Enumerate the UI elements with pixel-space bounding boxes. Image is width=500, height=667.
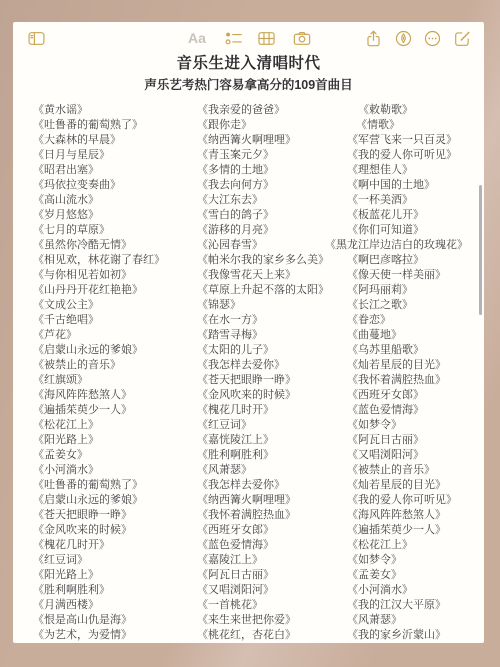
song-item: 《乌苏里船歌》 <box>347 343 468 358</box>
song-item: 《灿若星辰的目光》 <box>347 478 468 493</box>
notes-card: Aa <box>13 22 484 643</box>
song-item: 《阳光路上》 <box>33 568 165 583</box>
song-item: 《高山流水》 <box>33 193 165 208</box>
song-item: 《多情的土地》 <box>197 163 329 178</box>
song-item: 《理想佳人》 <box>347 163 468 178</box>
song-item: 《昭君出塞》 <box>33 163 165 178</box>
song-item: 《踏雪寻梅》 <box>197 328 329 343</box>
song-item: 《月满西楼》 <box>33 598 165 613</box>
song-item: 《小河淌水》 <box>33 463 165 478</box>
song-item: 《岁月悠悠》 <box>33 208 165 223</box>
song-item: 《玛依拉变奏曲》 <box>33 178 165 193</box>
song-item: 《小河淌水》 <box>347 583 468 598</box>
song-item: 《板蓝花儿开》 <box>347 208 468 223</box>
song-item: 《桃花红，杏花白》 <box>197 628 329 643</box>
song-item: 《我的家乡沂蒙山》 <box>347 628 468 643</box>
song-item: 《孟姜女》 <box>347 568 468 583</box>
song-item: 《眷恋》 <box>347 313 468 328</box>
song-item: 《沁园春雪》 <box>197 238 329 253</box>
song-item: 《如梦令》 <box>347 418 468 433</box>
song-item: 《曲蔓地》 <box>347 328 468 343</box>
song-item: 《吐鲁番的葡萄熟了》 <box>33 118 165 133</box>
song-item: 《西班牙女郎》 <box>197 523 329 538</box>
song-item: 《我的爱人你可听见》 <box>347 493 468 508</box>
song-item: 《恨是高山仇是海》 <box>33 613 165 628</box>
song-item: 《阿玛丽莉》 <box>347 283 468 298</box>
song-item: 《被禁止的音乐》 <box>347 463 468 478</box>
song-item: 《被禁止的音乐》 <box>33 358 165 373</box>
song-column-3: 《敕勒歌》《情歌》《军营飞来一只百灵》《我的爱人你可听见》《理想佳人》《啊中国的… <box>347 103 468 643</box>
song-item: 《金风吹来的时候》 <box>33 523 165 538</box>
song-item: 《千古绝唱》 <box>33 313 165 328</box>
song-item: 《我的江汉大平原》 <box>347 598 468 613</box>
song-item: 《啊巴彦喀拉》 <box>347 253 468 268</box>
song-item: 《灿若星辰的目光》 <box>347 358 468 373</box>
song-column-2: 《我亲爱的爸爸》《跟你走》《纳西篝火啊哩哩》《青玉案元夕》《多情的土地》《我去向… <box>197 103 329 643</box>
song-item: 《蓝色爱情海》 <box>197 538 329 553</box>
song-item: 《风萧瑟》 <box>197 463 329 478</box>
song-item: 《遍插茱萸少一人》 <box>33 403 165 418</box>
song-item: 《我怎样去爱你》 <box>197 358 329 373</box>
song-item: 《吐鲁番的葡萄熟了》 <box>33 478 165 493</box>
song-item: 《松花江上》 <box>347 538 468 553</box>
song-item: 《纳西篝火啊哩哩》 <box>197 493 329 508</box>
song-item: 《大森林的早晨》 <box>33 133 165 148</box>
song-item: 《日月与星辰》 <box>33 148 165 163</box>
song-item: 《在水一方》 <box>197 313 329 328</box>
song-item: 《军营飞来一只百灵》 <box>347 133 468 148</box>
song-item: 《我去向何方》 <box>197 178 329 193</box>
song-item: 《我怎样去爱你》 <box>197 478 329 493</box>
song-item: 《虽然你冷酷无情》 <box>33 238 165 253</box>
song-item: 《海风阵阵愁煞人》 <box>33 388 165 403</box>
song-item: 《我像雪花天上来》 <box>197 268 329 283</box>
song-item: 《你们可知道》 <box>347 223 468 238</box>
song-item: 《为艺术，为爱情》 <box>33 628 165 643</box>
song-item: 《青玉案元夕》 <box>197 148 329 163</box>
song-item: 《红豆词》 <box>33 553 165 568</box>
scrollbar[interactable] <box>479 185 482 315</box>
song-item: 《启蒙山永远的爹娘》 <box>33 343 165 358</box>
song-item: 《风萧瑟》 <box>347 613 468 628</box>
song-item: 《纳西篝火啊哩哩》 <box>197 133 329 148</box>
note-body[interactable]: 音乐生进入清唱时代 声乐艺考热门容易拿高分的109首曲目 《黄水谣》《吐鲁番的葡… <box>13 22 484 643</box>
song-item: 《苍天把眼睁一睁》 <box>197 373 329 388</box>
song-item: 《相见欢，林花谢了春红》 <box>33 253 165 268</box>
song-item: 《我怀着满腔热血》 <box>347 373 468 388</box>
song-item: 《遍插茱萸少一人》 <box>347 523 468 538</box>
song-item: 《海风阵阵愁煞人》 <box>347 508 468 523</box>
song-item: 《红豆词》 <box>197 418 329 433</box>
song-item: 《大江东去》 <box>197 193 329 208</box>
song-item: 《金风吹来的时候》 <box>197 388 329 403</box>
song-item: 《七月的草原》 <box>33 223 165 238</box>
song-item: 《阳光路上》 <box>33 433 165 448</box>
song-item: 《敕勒歌》 <box>347 103 468 118</box>
song-item: 《阿瓦日古丽》 <box>347 433 468 448</box>
song-item: 《像天使一样美丽》 <box>347 268 468 283</box>
song-item: 《蓝色爱情海》 <box>347 403 468 418</box>
song-item: 《黄水谣》 <box>33 103 165 118</box>
note-title: 音乐生进入清唱时代 <box>13 55 484 72</box>
song-item: 《我的爱人你可听见》 <box>347 148 468 163</box>
song-item: 《西班牙女郎》 <box>347 388 468 403</box>
song-item: 《嘉恍陵江上》 <box>197 433 329 448</box>
song-item: 《黑龙江岸边洁白的玫瑰花》 <box>325 238 468 253</box>
song-column-1: 《黄水谣》《吐鲁番的葡萄熟了》《大森林的早晨》《日月与星辰》《昭君出塞》《玛依拉… <box>33 103 165 643</box>
song-item: 《松花江上》 <box>33 418 165 433</box>
song-item: 《草原上升起不落的太阳》 <box>197 283 329 298</box>
song-item: 《启蒙山永远的爹娘》 <box>33 493 165 508</box>
song-item: 《太阳的儿子》 <box>197 343 329 358</box>
song-item: 《我怀着满腔热血》 <box>197 508 329 523</box>
song-item: 《文成公主》 <box>33 298 165 313</box>
song-item: 《情歌》 <box>347 118 468 133</box>
song-item: 《槐花几时开》 <box>33 538 165 553</box>
song-item: 《跟你走》 <box>197 118 329 133</box>
song-item: 《又唱浏阳河》 <box>347 448 468 463</box>
song-item: 《胜利啊胜利》 <box>197 448 329 463</box>
song-item: 《雪白的鸽子》 <box>197 208 329 223</box>
song-item: 《我亲爱的爸爸》 <box>197 103 329 118</box>
song-item: 《阿瓦日古丽》 <box>197 568 329 583</box>
song-item: 《如梦令》 <box>347 553 468 568</box>
song-item: 《胜利啊胜利》 <box>33 583 165 598</box>
song-item: 《啊中国的土地》 <box>347 178 468 193</box>
song-item: 《一杯美酒》 <box>347 193 468 208</box>
song-item: 《孟姜女》 <box>33 448 165 463</box>
song-item: 《一首桃花》 <box>197 598 329 613</box>
song-item: 《长江之歌》 <box>347 298 468 313</box>
song-item: 《与你相见若如初》 <box>33 268 165 283</box>
song-item: 《山丹丹开花红艳艳》 <box>33 283 165 298</box>
song-item: 《又唱浏阳河》 <box>197 583 329 598</box>
song-item: 《游移的月亮》 <box>197 223 329 238</box>
song-item: 《嘉陵江上》 <box>197 553 329 568</box>
song-item: 《槐花几时开》 <box>197 403 329 418</box>
song-item: 《锦瑟》 <box>197 298 329 313</box>
note-subtitle: 声乐艺考热门容易拿高分的109首曲目 <box>13 78 484 92</box>
song-item: 《苍天把眼睁一睁》 <box>33 508 165 523</box>
song-item: 《帕米尔我的家乡多么美》 <box>197 253 329 268</box>
song-item: 《红旗颂》 <box>33 373 165 388</box>
song-item: 《芦花》 <box>33 328 165 343</box>
song-item: 《来生来世把你爱》 <box>197 613 329 628</box>
